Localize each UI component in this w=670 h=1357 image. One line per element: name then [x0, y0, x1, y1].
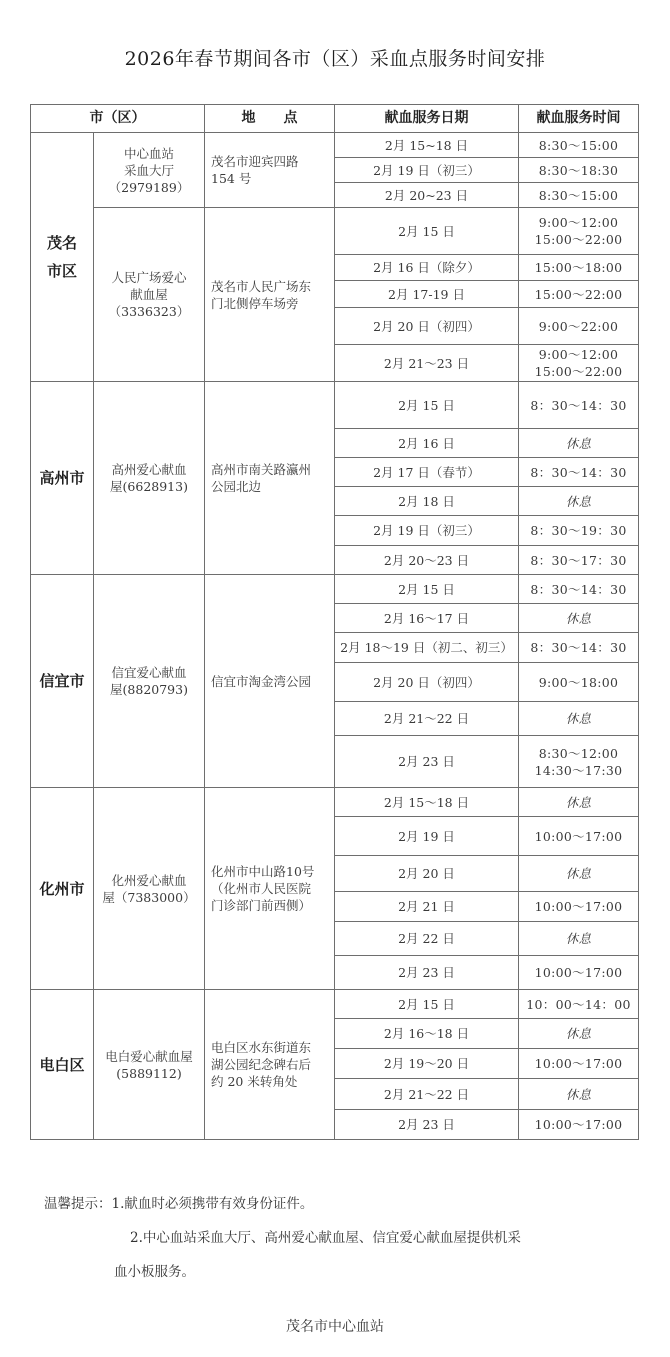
- service-time-cell: 8：30～14：30: [519, 633, 639, 663]
- rest-status-cell: 休息: [519, 1079, 639, 1110]
- station-name-line: 高州爱心献血: [96, 461, 202, 478]
- service-time-line: 休息: [521, 610, 636, 627]
- service-time-line: 15:00～22:00: [521, 231, 636, 248]
- station-name-line: 献血屋: [96, 286, 202, 303]
- service-date-cell: 2月 16～18 日: [335, 1019, 519, 1049]
- rest-status-cell: 休息: [519, 429, 639, 458]
- service-time-line: 8：30～17：30: [521, 552, 636, 569]
- city-name-line: 茂名: [33, 229, 91, 257]
- rest-status-cell: 休息: [519, 604, 639, 633]
- service-time-cell: 15:00～22:00: [519, 281, 639, 308]
- address-line: 化州市中山路10号: [211, 863, 328, 880]
- service-time-line: 休息: [521, 865, 636, 882]
- service-time-cell: 8：30～19：30: [519, 516, 639, 546]
- station-name-cell: 人民广场爱心献血屋（3336323）: [94, 208, 205, 382]
- station-name-line: （3336323）: [96, 303, 202, 320]
- service-time-line: 8:30～15:00: [521, 137, 636, 154]
- service-time-cell: 8:30～12:0014:30～17:30: [519, 736, 639, 788]
- city-name-cell: 化州市: [31, 788, 94, 990]
- service-time-line: 8:30～15:00: [521, 187, 636, 204]
- service-time-line: 休息: [521, 794, 636, 811]
- service-date-cell: 2月 15 日: [335, 382, 519, 429]
- address-line: 信宜市淘金湾公园: [211, 673, 328, 690]
- address-line: 高州市南关路瀛州: [211, 461, 328, 478]
- service-time-cell: 8:30～18:30: [519, 158, 639, 183]
- table-header-row: 市（区） 地 点 献血服务日期 献血服务时间: [31, 105, 639, 133]
- schedule-body: 茂名市区中心血站采血大厅（2979189）茂名市迎宾四路154 号2月 15~1…: [31, 133, 639, 1140]
- rest-status-cell: 休息: [519, 856, 639, 892]
- note-item-2-line-1: 2.中心血站采血大厅、高州爱心献血屋、信宜爱心献血屋提供机采: [130, 1226, 521, 1246]
- service-date-cell: 2月 20 日（初四）: [335, 308, 519, 345]
- service-date-cell: 2月 21～22 日: [335, 1079, 519, 1110]
- city-name-cell: 信宜市: [31, 575, 94, 788]
- service-date-cell: 2月 23 日: [335, 956, 519, 990]
- service-time-cell: 9:00～18:00: [519, 663, 639, 702]
- service-time-line: 9:00～12:00: [521, 346, 636, 363]
- address-line: 公园北边: [211, 478, 328, 495]
- service-time-line: 8：30～14：30: [521, 464, 636, 481]
- service-date-cell: 2月 15~18 日: [335, 133, 519, 158]
- address-line: 茂名市人民广场东: [211, 278, 328, 295]
- station-name-cell: 中心血站采血大厅（2979189）: [94, 133, 205, 208]
- header-time: 献血服务时间: [519, 105, 639, 133]
- city-name-line: 化州市: [33, 875, 91, 903]
- address-cell: 化州市中山路10号（化州市人民医院门诊部门前西侧）: [205, 788, 335, 990]
- address-cell: 茂名市迎宾四路154 号: [205, 133, 335, 208]
- station-name-cell: 高州爱心献血屋(6628913): [94, 382, 205, 575]
- service-date-cell: 2月 16 日: [335, 429, 519, 458]
- service-time-cell: 8：30～14：30: [519, 382, 639, 429]
- service-time-line: 15:00～22:00: [521, 286, 636, 303]
- city-name-line: 高州市: [33, 464, 91, 492]
- address-line: （化州市人民医院: [211, 880, 328, 897]
- service-date-cell: 2月 15～18 日: [335, 788, 519, 817]
- city-name-cell: 茂名市区: [31, 133, 94, 382]
- service-time-line: 10:00～17:00: [521, 828, 636, 845]
- note-item-1: 1.献血时必须携带有效身份证件。: [112, 1196, 314, 1212]
- service-time-cell: 9:00～12:0015:00～22:00: [519, 208, 639, 255]
- service-date-cell: 2月 15 日: [335, 208, 519, 255]
- station-name-line: 中心血站: [96, 145, 202, 162]
- city-name-line: 电白区: [33, 1051, 91, 1079]
- address-line: 154 号: [211, 170, 328, 187]
- rest-status-cell: 休息: [519, 922, 639, 956]
- address-line: 约 20 米转角处: [211, 1073, 328, 1090]
- address-line: 门诊部门前西侧）: [211, 897, 328, 914]
- service-time-cell: 9:00～12:0015:00～22:00: [519, 345, 639, 382]
- service-date-cell: 2月 21～22 日: [335, 702, 519, 736]
- station-name-line: （2979189）: [96, 179, 202, 196]
- rest-status-cell: 休息: [519, 788, 639, 817]
- station-name-cell: 化州爱心献血屋（7383000）: [94, 788, 205, 990]
- service-date-cell: 2月 18～19 日（初二、初三）: [335, 633, 519, 663]
- service-time-cell: 15:00～18:00: [519, 255, 639, 281]
- table-row: 茂名市区中心血站采血大厅（2979189）茂名市迎宾四路154 号2月 15~1…: [31, 133, 639, 158]
- address-cell: 茂名市人民广场东门北侧停车场旁: [205, 208, 335, 382]
- service-date-cell: 2月 19 日（初三）: [335, 158, 519, 183]
- service-time-line: 10：00～14：00: [521, 996, 636, 1013]
- station-name-cell: 信宜爱心献血屋(8820793): [94, 575, 205, 788]
- table-row: 人民广场爱心献血屋（3336323）茂名市人民广场东门北侧停车场旁2月 15 日…: [31, 208, 639, 255]
- service-date-cell: 2月 20～23 日: [335, 546, 519, 575]
- city-name-line: 市区: [33, 257, 91, 285]
- service-time-line: 休息: [521, 710, 636, 727]
- service-date-cell: 2月 19 日（初三）: [335, 516, 519, 546]
- service-time-line: 8：30～14：30: [521, 639, 636, 656]
- table-row: 高州市高州爱心献血屋(6628913)高州市南关路瀛州公园北边2月 15 日8：…: [31, 382, 639, 429]
- service-time-line: 休息: [521, 1086, 636, 1103]
- service-date-cell: 2月 22 日: [335, 922, 519, 956]
- service-time-line: 休息: [521, 1025, 636, 1042]
- service-date-cell: 2月 19～20 日: [335, 1049, 519, 1079]
- service-date-cell: 2月 20 日: [335, 856, 519, 892]
- service-time-cell: 8：30～14：30: [519, 575, 639, 604]
- service-time-cell: 8:30～15:00: [519, 183, 639, 208]
- station-name-line: 电白爱心献血屋: [96, 1048, 202, 1065]
- service-time-line: 8：30～14：30: [521, 397, 636, 414]
- header-location: 地 点: [205, 105, 335, 133]
- service-time-cell: 10:00～17:00: [519, 1110, 639, 1140]
- service-time-cell: 9:00～22:00: [519, 308, 639, 345]
- service-time-cell: 10:00～17:00: [519, 817, 639, 856]
- rest-status-cell: 休息: [519, 702, 639, 736]
- service-time-line: 8：30～14：30: [521, 581, 636, 598]
- service-time-cell: 10:00～17:00: [519, 1049, 639, 1079]
- station-name-cell: 电白爱心献血屋(5889112): [94, 990, 205, 1140]
- service-date-cell: 2月 17-19 日: [335, 281, 519, 308]
- page-title: 2026年春节期间各市（区）采血点服务时间安排: [0, 44, 670, 71]
- service-time-line: 9:00～18:00: [521, 674, 636, 691]
- rest-status-cell: 休息: [519, 487, 639, 516]
- address-cell: 高州市南关路瀛州公园北边: [205, 382, 335, 575]
- service-time-line: 15:00～22:00: [521, 363, 636, 380]
- service-date-cell: 2月 23 日: [335, 736, 519, 788]
- service-date-cell: 2月 16～17 日: [335, 604, 519, 633]
- service-date-cell: 2月 19 日: [335, 817, 519, 856]
- station-name-line: 人民广场爱心: [96, 269, 202, 286]
- city-name-cell: 电白区: [31, 990, 94, 1140]
- service-time-line: 9:00～22:00: [521, 318, 636, 335]
- service-date-cell: 2月 23 日: [335, 1110, 519, 1140]
- station-name-line: 屋（7383000）: [96, 889, 202, 906]
- service-time-cell: 10:00～17:00: [519, 892, 639, 922]
- notes-label: 温馨提示：: [44, 1196, 112, 1212]
- service-time-line: 15:00～18:00: [521, 259, 636, 276]
- service-date-cell: 2月 21 日: [335, 892, 519, 922]
- header-date: 献血服务日期: [335, 105, 519, 133]
- address-line: 湖公园纪念碑右后: [211, 1056, 328, 1073]
- service-time-line: 休息: [521, 435, 636, 452]
- service-time-cell: 8：30～14：30: [519, 458, 639, 487]
- service-time-line: 休息: [521, 493, 636, 510]
- city-name-line: 信宜市: [33, 667, 91, 695]
- station-name-line: 化州爱心献血: [96, 872, 202, 889]
- service-time-line: 休息: [521, 930, 636, 947]
- service-time-line: 8:30～18:30: [521, 162, 636, 179]
- address-line: 门北侧停车场旁: [211, 295, 328, 312]
- service-time-line: 14:30～17:30: [521, 762, 636, 779]
- address-cell: 信宜市淘金湾公园: [205, 575, 335, 788]
- service-time-cell: 8:30～15:00: [519, 133, 639, 158]
- service-time-line: 9:00～12:00: [521, 214, 636, 231]
- service-time-line: 8：30～19：30: [521, 522, 636, 539]
- service-date-cell: 2月 21～23 日: [335, 345, 519, 382]
- service-time-line: 10:00～17:00: [521, 1116, 636, 1133]
- station-name-line: 采血大厅: [96, 162, 202, 179]
- signature: 茂名市中心血站: [0, 1316, 670, 1336]
- table-row: 电白区电白爱心献血屋(5889112)电白区水东街道东湖公园纪念碑右后约 20 …: [31, 990, 639, 1019]
- header-city: 市（区）: [31, 105, 205, 133]
- service-time-line: 10:00～17:00: [521, 1055, 636, 1072]
- rest-status-cell: 休息: [519, 1019, 639, 1049]
- service-date-cell: 2月 15 日: [335, 575, 519, 604]
- service-date-cell: 2月 20~23 日: [335, 183, 519, 208]
- station-name-line: 屋(8820793): [96, 681, 202, 698]
- station-name-line: 信宜爱心献血: [96, 664, 202, 681]
- city-name-cell: 高州市: [31, 382, 94, 575]
- service-date-cell: 2月 16 日（除夕）: [335, 255, 519, 281]
- service-time-line: 10:00～17:00: [521, 964, 636, 981]
- table-row: 信宜市信宜爱心献血屋(8820793)信宜市淘金湾公园2月 15 日8：30～1…: [31, 575, 639, 604]
- note-item-2-line-2: 血小板服务。: [114, 1260, 195, 1280]
- station-name-line: 屋(6628913): [96, 478, 202, 495]
- service-date-cell: 2月 15 日: [335, 990, 519, 1019]
- service-date-cell: 2月 18 日: [335, 487, 519, 516]
- service-time-line: 8:30～12:00: [521, 745, 636, 762]
- address-line: 茂名市迎宾四路: [211, 153, 328, 170]
- station-name-line: (5889112): [96, 1065, 202, 1082]
- schedule-table: 市（区） 地 点 献血服务日期 献血服务时间 茂名市区中心血站采血大厅（2979…: [30, 104, 639, 1140]
- table-row: 化州市化州爱心献血屋（7383000）化州市中山路10号（化州市人民医院门诊部门…: [31, 788, 639, 817]
- service-time-line: 10:00～17:00: [521, 898, 636, 915]
- service-time-cell: 10：00～14：00: [519, 990, 639, 1019]
- notes-line-1: 温馨提示：1.献血时必须携带有效身份证件。: [44, 1192, 313, 1212]
- service-time-cell: 8：30～17：30: [519, 546, 639, 575]
- service-date-cell: 2月 17 日（春节）: [335, 458, 519, 487]
- service-date-cell: 2月 20 日（初四）: [335, 663, 519, 702]
- address-line: 电白区水东街道东: [211, 1039, 328, 1056]
- service-time-cell: 10:00～17:00: [519, 956, 639, 990]
- address-cell: 电白区水东街道东湖公园纪念碑右后约 20 米转角处: [205, 990, 335, 1140]
